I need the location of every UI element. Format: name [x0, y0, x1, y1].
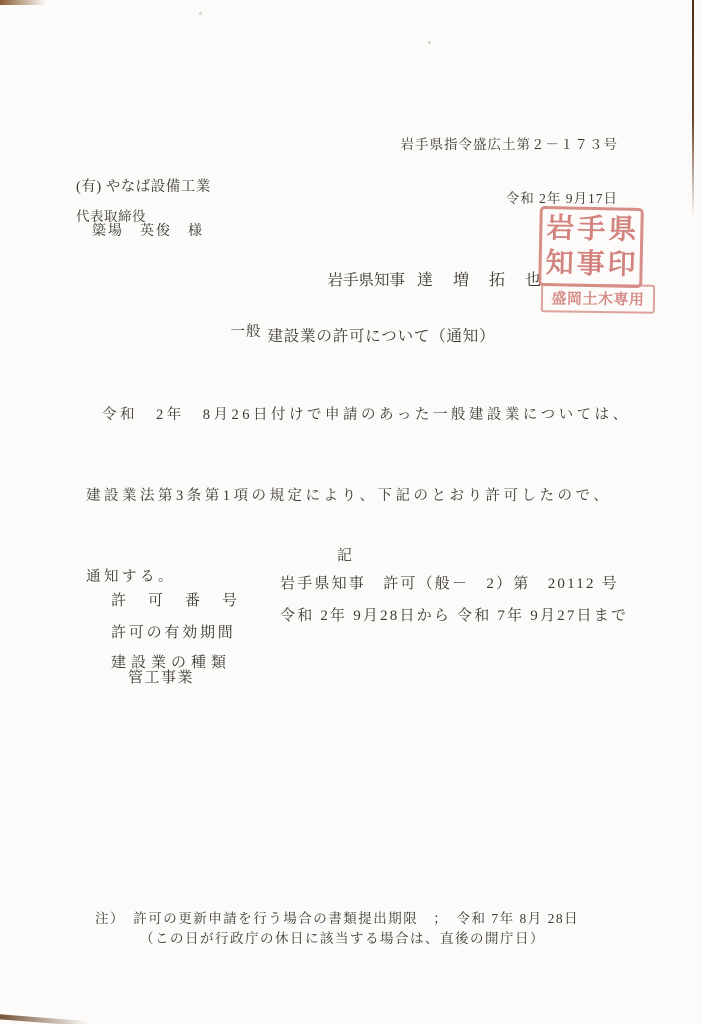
- addressee-company: (有) やなば設備工業: [76, 175, 211, 196]
- record-heading: 記: [0, 544, 690, 565]
- governor-line: 岩手県知事達 増 拓 也: [312, 249, 543, 308]
- scan-speck: [428, 41, 431, 44]
- scan-speck: [273, 490, 276, 493]
- body-line-1: 令和 2年 8月26日付けで申請のあった一般建設業については、: [86, 402, 646, 429]
- ref-number: 岩手県指令盛広土第２－１７３号: [401, 136, 619, 154]
- scan-artifact-bottom-left-edge: [0, 1014, 90, 1024]
- scan-artifact-right-edge: [692, 0, 694, 218]
- record-value-permit-number: 岩手県知事 許可（般－ 2）第 20112 号: [280, 572, 619, 593]
- note-line-1: 注） 許可の更新申請を行う場合の書類提出期限 ； 令和 7年 8月 28日: [95, 907, 579, 927]
- subject-text: 建設業の許可について（通知）: [268, 328, 496, 345]
- scanned-document-page: 岩手県指令盛広土第２－１７３号 令和 2年 9月17日 (有) やなば設備工業 …: [0, 0, 702, 1024]
- governor-title: 岩手県知事: [328, 272, 406, 289]
- governor-name: 達 増 拓 也: [417, 272, 543, 289]
- addressee-name: 簗場 英俊 様: [92, 220, 204, 240]
- record-value-validity-period: 令和 2年 9月28日から 令和 7年 9月27日まで: [280, 604, 628, 625]
- business-type: 管工事業: [128, 666, 194, 687]
- scan-artifact-top-left-edge: [0, 0, 46, 5]
- scan-speck: [199, 12, 202, 15]
- seal-text-row1: 岩手県: [543, 211, 640, 248]
- official-seal-stamp: 岩手県 知事印: [538, 206, 644, 288]
- seal-sub-stamp: 盛岡土木専用: [541, 283, 655, 314]
- issue-date: 令和 2年 9月17日: [401, 190, 619, 208]
- seal-text-row2: 知事印: [542, 246, 639, 283]
- body-line-2: 建設業法第3条第1項の規定により、下記のとおり許可したので、: [86, 483, 646, 510]
- note-line-2: （この日が行政庁の休日に該当する場合は、直後の開庁日）: [140, 927, 545, 947]
- subject-prefix: 一般: [231, 320, 262, 341]
